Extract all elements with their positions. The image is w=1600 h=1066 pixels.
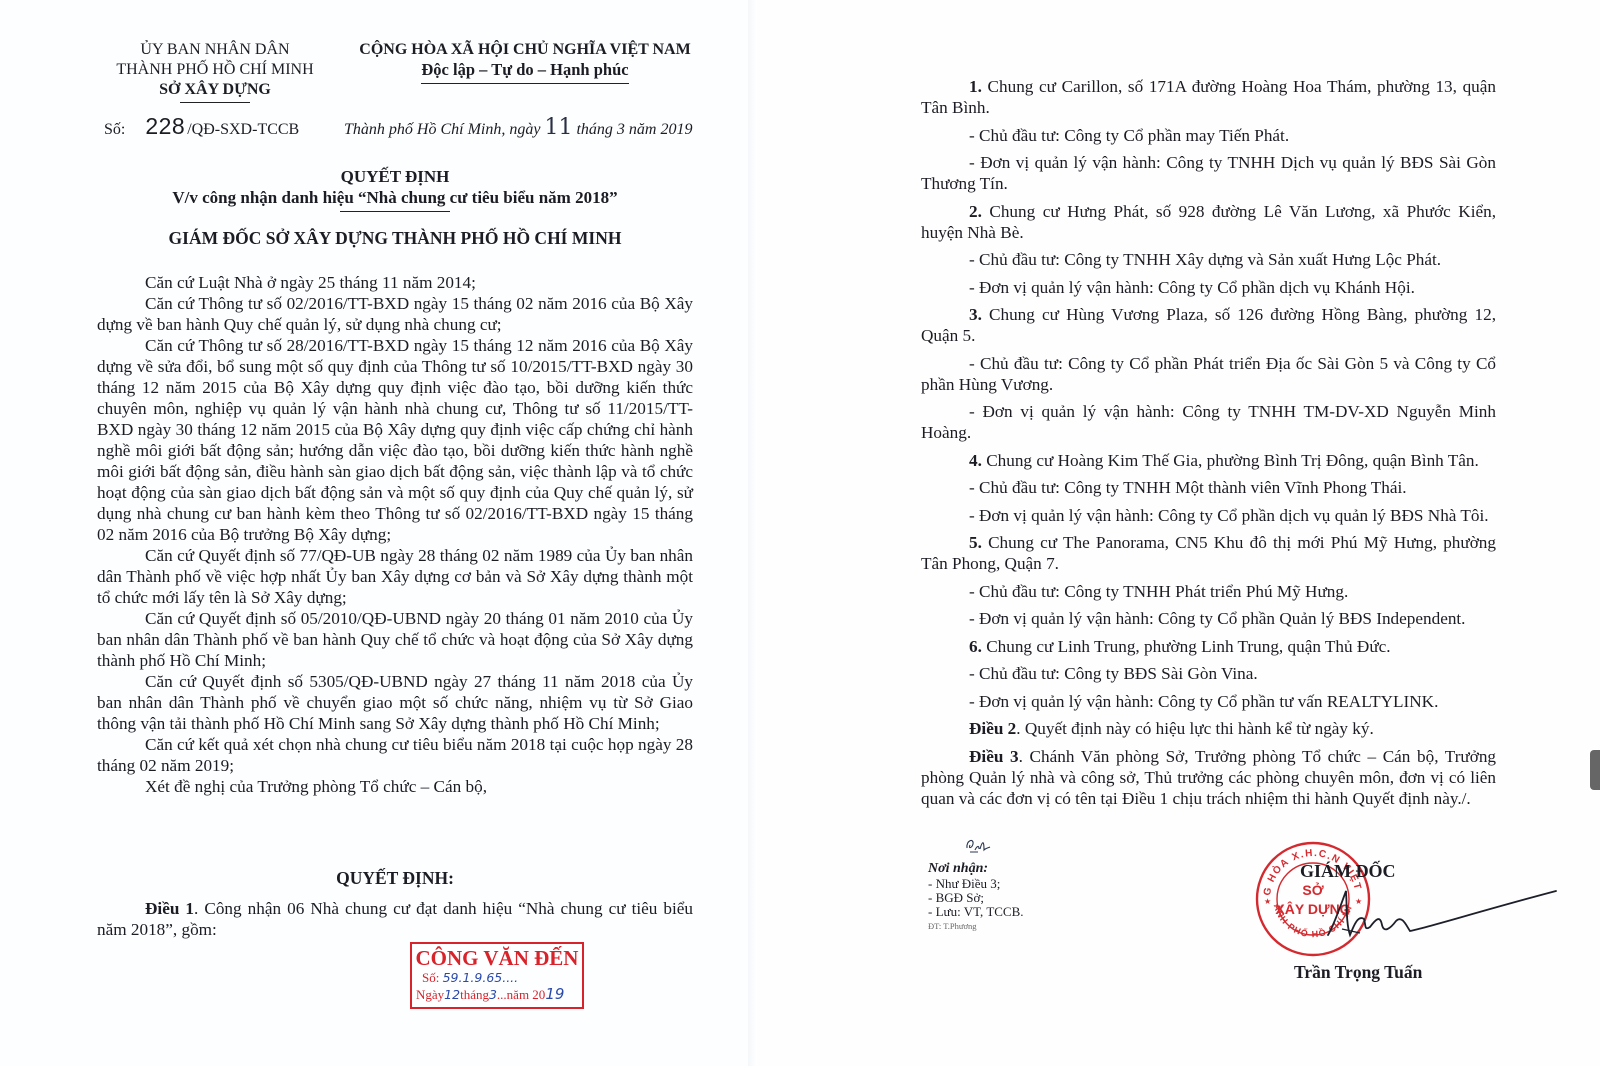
building-investor: - Chủ đầu tư: Công ty TNHH Phát triển Ph…	[921, 581, 1496, 602]
basis-item: Căn cứ Thông tư số 02/2016/TT-BXD ngày 1…	[97, 293, 693, 335]
stamp-title: CÔNG VĂN ĐẾN	[412, 946, 582, 970]
article-3: Điều 3. Chánh Văn phòng Sở, Trưởng phòng…	[921, 746, 1496, 809]
building-investor: - Chủ đầu tư: Công ty Cổ phần may Tiến P…	[921, 125, 1496, 146]
handwritten-initials	[964, 836, 992, 854]
subject-underline	[340, 211, 450, 212]
building-name: 5. Chung cư The Panorama, CN5 Khu đô thị…	[921, 532, 1496, 574]
building-name-text: Chung cư Carillon, số 171A đường Hoàng H…	[921, 77, 1496, 117]
recipients-block: Nơi nhận: - Như Điều 3; - BGĐ Sở; - Lưu:…	[928, 860, 1024, 933]
building-operator: - Đơn vị quản lý vận hành: Công ty TNHH …	[921, 401, 1496, 443]
article-2: Điều 2. Quyết định này có hiệu lực thi h…	[921, 718, 1496, 739]
stamp-month-label: tháng	[460, 987, 489, 1002]
date-suffix: tháng 3 năm 2019	[572, 121, 692, 138]
date-prefix: Thành phố Hồ Chí Minh, ngày	[344, 121, 544, 138]
doc-number-label: Số:	[104, 121, 125, 138]
decision-title-block: QUYẾT ĐỊNH V/v công nhận danh hiệu “Nhà …	[95, 166, 695, 212]
building-index: 4.	[969, 451, 982, 470]
legal-bases: Căn cứ Luật Nhà ở ngày 25 tháng 11 năm 2…	[97, 272, 693, 797]
stamp-month: 3	[489, 987, 497, 1002]
issuer-underline	[180, 102, 250, 103]
building-name: 4. Chung cư Hoàng Kim Thế Gia, phường Bì…	[921, 450, 1496, 471]
basis-item: Căn cứ Quyết định số 5305/QĐ-UBND ngày 2…	[97, 671, 693, 734]
building-index: 1.	[969, 77, 982, 96]
recipients-heading: Nơi nhận:	[928, 860, 1024, 877]
signer-name: Trần Trọng Tuấn	[1294, 962, 1422, 982]
basis-item: Căn cứ kết quả xét chọn nhà chung cư tiê…	[97, 734, 693, 776]
building-operator: - Đơn vị quản lý vận hành: Công ty TNHH …	[921, 152, 1496, 194]
handwritten-signature	[1320, 885, 1560, 945]
building-investor: - Chủ đầu tư: Công ty Cổ phần Phát triển…	[921, 353, 1496, 395]
stamp-number-value: 59.1.9.65....	[443, 970, 519, 985]
stamp-number-row: Số: 59.1.9.65....	[412, 970, 582, 986]
issuer-block: ỦY BAN NHÂN DÂN THÀNH PHỐ HỒ CHÍ MINH SỞ…	[95, 40, 335, 103]
recipient-item: - Lưu: VT, TCCB.	[928, 905, 1024, 919]
doc-number-suffix: /QĐ-SXD-TCCB	[187, 121, 299, 138]
national-header: CỘNG HÒA XÃ HỘI CHỦ NGHĨA VIỆT NAM Độc l…	[350, 40, 700, 84]
incoming-document-stamp: CÔNG VĂN ĐẾN Số: 59.1.9.65.... Ngày12thá…	[410, 942, 584, 1009]
stamp-day-label: Ngày	[416, 987, 444, 1002]
building-name-text: Chung cư Hoàng Kim Thế Gia, phường Bình …	[982, 451, 1479, 470]
national-title: CỘNG HÒA XÃ HỘI CHỦ NGHĨA VIỆT NAM	[350, 40, 700, 60]
stamp-day: 12	[444, 987, 460, 1002]
svg-text:★: ★	[1264, 897, 1271, 906]
article-2-label: Điều 2	[969, 719, 1016, 738]
issuing-authority: GIÁM ĐỐC SỞ XÂY DỰNG THÀNH PHỐ HỒ CHÍ MI…	[95, 228, 695, 248]
issuer-line-1: ỦY BAN NHÂN DÂN	[95, 40, 335, 60]
decision-subject: V/v công nhận danh hiệu “Nhà chung cư ti…	[95, 187, 695, 208]
recipient-item: - Như Điều 3;	[928, 877, 1024, 891]
building-index: 2.	[969, 202, 982, 221]
building-name-text: Chung cư Linh Trung, phường Linh Trung, …	[982, 637, 1391, 656]
building-name: 2. Chung cư Hưng Phát, số 928 đường Lê V…	[921, 201, 1496, 243]
building-index: 6.	[969, 637, 982, 656]
building-index: 3.	[969, 305, 982, 324]
basis-item: Căn cứ Thông tư số 28/2016/TT-BXD ngày 1…	[97, 335, 693, 545]
basis-item: Căn cứ Luật Nhà ở ngày 25 tháng 11 năm 2…	[97, 272, 693, 293]
recipient-item: - BGĐ Sở;	[928, 891, 1024, 905]
building-investor: - Chủ đầu tư: Công ty BĐS Sài Gòn Vina.	[921, 663, 1496, 684]
building-name-text: Chung cư Hùng Vương Plaza, số 126 đường …	[921, 305, 1496, 345]
stamp-date-row: Ngày12tháng3...năm 2019	[412, 986, 582, 1003]
building-name-text: Chung cư Hưng Phát, số 928 đường Lê Văn …	[921, 202, 1496, 242]
scan-edge-mark	[1590, 750, 1600, 790]
stamp-year: 19	[545, 985, 564, 1003]
basis-item: Căn cứ Quyết định số 05/2010/QĐ-UBND ngà…	[97, 608, 693, 671]
basis-item: Xét đề nghị của Trưởng phòng Tổ chức – C…	[97, 776, 693, 797]
issuer-line-2: THÀNH PHỐ HỒ CHÍ MINH	[95, 60, 335, 80]
building-name: 6. Chung cư Linh Trung, phường Linh Trun…	[921, 636, 1496, 657]
issuer-line-3: SỞ XÂY DỰNG	[95, 80, 335, 100]
building-operator: - Đơn vị quản lý vận hành: Công ty Cổ ph…	[921, 608, 1496, 629]
building-operator: - Đơn vị quản lý vận hành: Công ty Cổ ph…	[921, 691, 1496, 712]
decision-title: QUYẾT ĐỊNH	[95, 166, 695, 187]
building-name-text: Chung cư The Panorama, CN5 Khu đô thị mớ…	[921, 533, 1496, 573]
national-motto: Độc lập – Tự do – Hạnh phúc	[421, 60, 628, 84]
signer-title: GIÁM ĐỐC	[1300, 861, 1396, 881]
building-operator: - Đơn vị quản lý vận hành: Công ty Cổ ph…	[921, 277, 1496, 298]
article-3-label: Điều 3	[969, 747, 1019, 766]
building-index: 5.	[969, 533, 982, 552]
document-date: Thành phố Hồ Chí Minh, ngày 11 tháng 3 n…	[344, 118, 692, 140]
building-list: 1. Chung cư Carillon, số 171A đường Hoàn…	[921, 76, 1496, 815]
basis-item: Căn cứ Quyết định số 77/QĐ-UB ngày 28 th…	[97, 545, 693, 608]
date-day-handwritten: 11	[544, 115, 572, 140]
stamp-year-label: ...năm 20	[497, 987, 545, 1002]
drafter-note: ĐT: T.Phương	[928, 919, 1024, 933]
building-name: 1. Chung cư Carillon, số 171A đường Hoàn…	[921, 76, 1496, 118]
building-investor: - Chủ đầu tư: Công ty TNHH Một thành viê…	[921, 477, 1496, 498]
building-name: 3. Chung cư Hùng Vương Plaza, số 126 đườ…	[921, 304, 1496, 346]
building-operator: - Đơn vị quản lý vận hành: Công ty Cổ ph…	[921, 505, 1496, 526]
article-2-text: . Quyết định này có hiệu lực thi hành kể…	[1016, 719, 1374, 738]
building-investor: - Chủ đầu tư: Công ty TNHH Xây dựng và S…	[921, 249, 1496, 270]
document-number: Số:228/QĐ-SXD-TCCB	[104, 116, 299, 140]
doc-number-value: 228	[145, 113, 185, 139]
article-1-label: Điều 1	[145, 899, 194, 918]
decide-heading: QUYẾT ĐỊNH:	[95, 868, 695, 888]
article-1: Điều 1. Công nhận 06 Nhà chung cư đạt da…	[97, 898, 693, 940]
stamp-number-label: Số:	[422, 970, 439, 985]
